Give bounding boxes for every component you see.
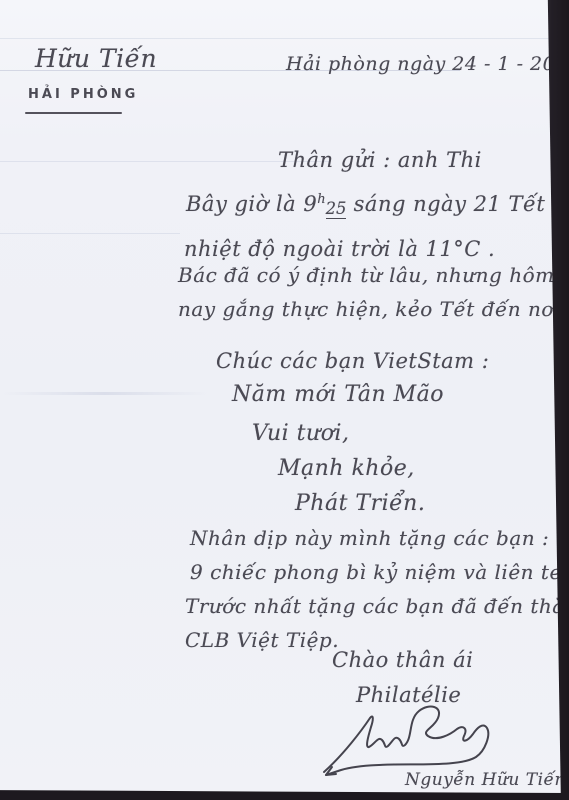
wish-line-1: Năm mới Tân Mão [232, 382, 444, 407]
scan-streak [0, 38, 569, 39]
closing-line-1: Chào thân ái [332, 648, 473, 672]
wish-heading: Chúc các bạn VietStam : [216, 349, 489, 373]
scan-streak [0, 233, 180, 234]
wish-line-2: Vui tươi, [252, 421, 349, 446]
sender-city-underline [25, 112, 122, 114]
signature-flourish [316, 698, 511, 780]
wish-line-4: Phát Triển. [295, 491, 425, 516]
line-intent-2: nay gắng thực hiện, kẻo Tết đến nơi rồi! [178, 297, 569, 321]
sender-name: Hữu Tiến [35, 44, 157, 73]
gift-line-2: 9 chiếc phong bì kỷ niệm và liên tem, [190, 560, 569, 584]
line-time: Bây giờ là 9h25 sáng ngày 21 Tết [186, 192, 545, 218]
scan-edge-right [540, 0, 569, 800]
gift-line-1: Nhân dịp này mình tặng các bạn : [190, 526, 549, 550]
gift-line-3: Trước nhất tặng các bạn đã đến thăm [185, 594, 569, 618]
paper-crease [0, 392, 210, 395]
letter-page: Hữu Tiến HẢI PHÒNG Hải phòng ngày 24 - 1… [0, 0, 569, 800]
signature-name: Nguyễn Hữu Tiến. [405, 770, 569, 790]
line-time-hour-mark: h [317, 192, 325, 207]
line-time-pre: Bây giờ là 9 [186, 192, 317, 216]
sender-city: HẢI PHÒNG [28, 87, 138, 102]
salutation: Thân gửi : anh Thi [278, 148, 482, 172]
wish-line-3: Mạnh khỏe, [278, 456, 415, 481]
line-intent-1: Bác đã có ý định từ lâu, nhưng hôm [178, 263, 555, 287]
line-time-minutes: 25 [326, 199, 347, 219]
dateline: Hải phòng ngày 24 - 1 - 2011. [286, 53, 569, 75]
gift-line-4: CLB Việt Tiệp. [185, 628, 339, 652]
line-time-post: sáng ngày 21 Tết [346, 192, 545, 216]
line-temperature: nhiệt độ ngoài trời là 11°C . [184, 237, 495, 261]
